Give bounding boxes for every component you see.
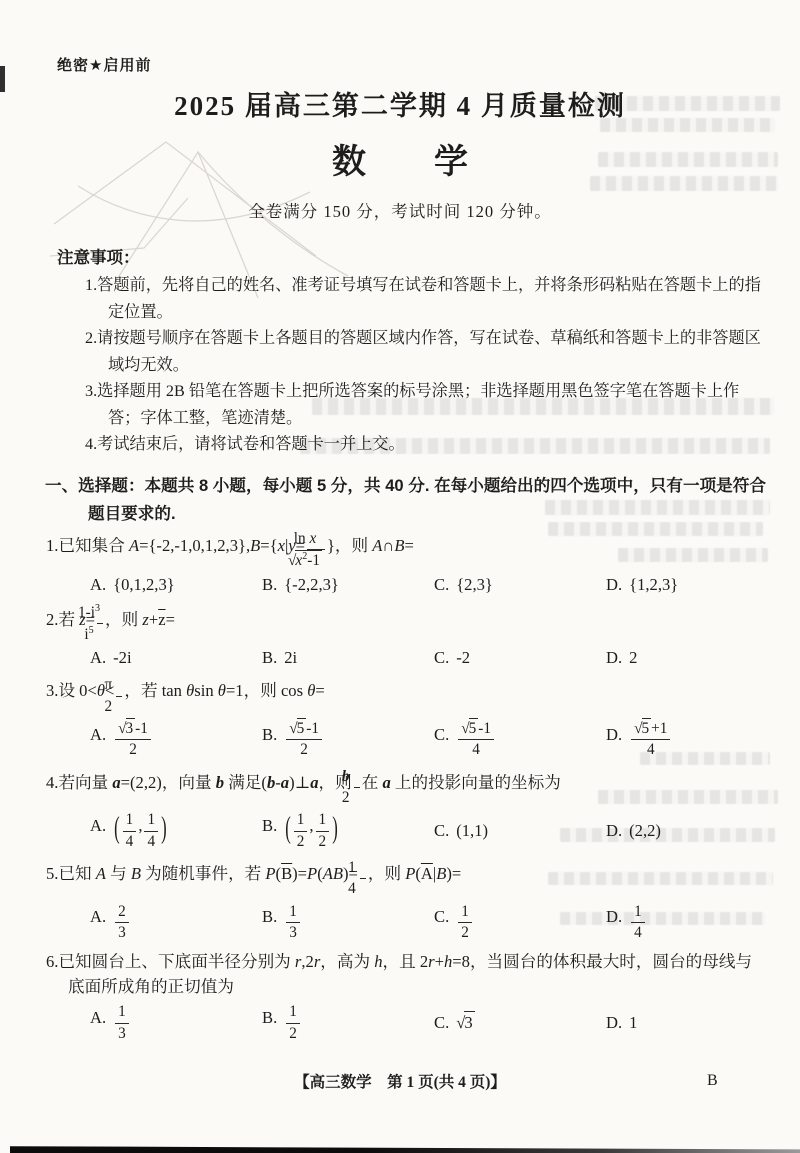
option: A.(14,14): [90, 811, 262, 851]
math-variable: x: [309, 530, 316, 547]
options-row: A.13B.12C.√3D.1: [0, 1003, 800, 1043]
option-label: D.: [606, 575, 622, 594]
math-denominator: 2: [294, 832, 308, 851]
math-text: {0,1,2,3}: [113, 575, 175, 594]
math-variable: B: [394, 536, 404, 555]
math-text: 2: [129, 741, 137, 758]
option-label: B.: [262, 816, 277, 835]
math-denominator: 4: [144, 832, 158, 851]
math-text: ln: [294, 530, 310, 547]
math-text: -1: [306, 720, 319, 737]
option-label: C.: [434, 575, 449, 594]
scan-bottom-edge: [10, 1145, 800, 1153]
radical-sign-icon: √: [461, 720, 468, 737]
math-text: +: [149, 610, 158, 629]
math-text: 1: [289, 1003, 297, 1020]
math-fraction: ln x√x2-1: [307, 530, 325, 571]
math-text: 3: [118, 924, 126, 941]
option-label: C.: [434, 907, 449, 926]
math-text: ,: [309, 816, 313, 835]
math-variable: A: [129, 536, 139, 555]
option: C.-2: [434, 648, 606, 668]
option-label: A.: [90, 725, 106, 744]
math-sqrt: √5: [461, 718, 478, 737]
math-overline: B: [281, 864, 292, 883]
math-denominator: 3: [115, 1024, 129, 1043]
option-label: C.: [434, 1013, 449, 1032]
math-text: ，高为: [320, 952, 374, 971]
math-radicand: 5: [469, 718, 479, 737]
math-vector: a: [310, 773, 318, 792]
math-sqrt: √3: [118, 718, 135, 737]
math-radicand: 3: [126, 718, 136, 737]
math-text: 2: [629, 648, 637, 667]
notice-item: 4.考试结束后，请将试卷和答题卡一并上交。: [85, 431, 769, 458]
math-fraction: 12: [286, 1003, 300, 1043]
math-text: ={: [260, 536, 277, 555]
math-numerator: 1: [360, 859, 366, 879]
question: 5.已知 A 与 B 为随机事件，若 P(B)=P(AB)=14，则 P(A|B…: [0, 859, 800, 942]
math-text: 与: [106, 864, 131, 883]
math-text: -2i: [113, 648, 131, 667]
math-denominator: 2: [354, 788, 360, 807]
math-numerator: π: [116, 676, 122, 696]
option: A.√3-12: [90, 720, 262, 760]
math-text: {2,3}: [456, 575, 493, 594]
notice-item: 1.答题前，先将自己的姓名、准考证号填写在试卷和答题卡上，并将条形码粘贴在答题卡…: [85, 272, 769, 325]
math-numerator: 1: [115, 1003, 129, 1023]
math-text: ,: [138, 816, 142, 835]
math-text: 1: [348, 859, 356, 876]
option: B.13: [262, 903, 434, 943]
option: D.1: [606, 1013, 637, 1033]
math-numerator: √5+1: [631, 720, 670, 740]
math-text: 2: [118, 903, 126, 920]
math-fraction: 12: [458, 903, 472, 943]
math-text: (2,2): [629, 821, 661, 840]
questions-list: 1.已知集合 A={-2,-1,0,1,2,3},B={x|y=ln x√x2-…: [0, 528, 800, 1051]
exam-info: 全卷满分 150 分，考试时间 120 分钟。: [0, 198, 800, 222]
math-paren: ): [332, 810, 338, 847]
math-variable: h: [374, 952, 382, 971]
math-text: 3: [118, 1025, 126, 1042]
options-row: A.√3-12B.√5-12C.√5-14D.√5+14: [0, 720, 800, 760]
math-variable: A: [372, 536, 382, 555]
math-text: ∩: [382, 536, 394, 555]
math-text: 5: [642, 720, 650, 737]
math-fraction: √3-12: [115, 720, 151, 760]
math-denominator: √x2-1: [307, 550, 325, 570]
radical-sign-icon: √: [634, 720, 641, 737]
math-numerator: 1: [286, 1003, 300, 1023]
option-label: B.: [262, 575, 277, 594]
math-text: =: [405, 536, 414, 555]
math-text: 2: [297, 833, 305, 850]
math-text: =: [166, 610, 175, 629]
math-sqrt: √5: [634, 718, 651, 737]
option-label: D.: [606, 907, 622, 926]
math-text: )⊥: [289, 773, 310, 792]
math-fraction: π2: [116, 676, 122, 716]
option: D.√5+14: [606, 720, 672, 760]
exam-page: 绝密★启用前 2025 届高三第二学期 4 月质量检测 数 学 全卷满分 150…: [0, 0, 800, 1153]
option-label: B.: [262, 725, 277, 744]
option-label: A.: [90, 816, 106, 835]
option: C.√3: [434, 1013, 606, 1033]
math-fraction: 23: [115, 903, 129, 943]
option: B.{-2,2,3}: [262, 575, 434, 595]
math-text: 4: [147, 833, 155, 850]
option-label: D.: [606, 1013, 622, 1032]
math-text: =(2,2)，向量: [121, 773, 216, 792]
math-text: -1: [478, 720, 491, 737]
option: A.{0,1,2,3}: [90, 575, 262, 595]
math-text: 上的投影向量的坐标为: [391, 773, 561, 792]
math-numerator: 1-i3: [97, 603, 103, 624]
math-text: =: [315, 681, 324, 700]
math-numerator: √3-1: [115, 720, 151, 740]
math-radicand: 5: [642, 718, 652, 737]
math-fraction: 14: [123, 811, 137, 851]
math-fraction: √5+14: [631, 720, 670, 760]
math-variable: B: [436, 864, 446, 883]
math-vector: b: [216, 773, 224, 792]
option: B.12: [262, 1003, 434, 1043]
math-variable: AB: [323, 864, 343, 883]
question-stem: 3.设 0<θ<π2，若 tan θsin θ=1，则 cos θ=: [0, 676, 800, 716]
math-sqrt: √3: [456, 1011, 474, 1032]
option: A.23: [90, 903, 262, 943]
option-label: B.: [262, 907, 277, 926]
math-text: )=: [292, 864, 307, 883]
math-fraction: b2: [354, 768, 360, 808]
math-text: 1: [297, 811, 305, 828]
math-text: 1: [118, 1003, 126, 1020]
math-text: ，且 2: [383, 952, 429, 971]
math-fraction: 12: [294, 811, 308, 851]
math-radicand: 3: [464, 1011, 474, 1032]
option-label: C.: [434, 725, 449, 744]
math-variable: A: [96, 864, 106, 883]
math-text: }，则: [327, 536, 372, 555]
math-text: 2i: [284, 648, 297, 667]
math-text: ，则: [105, 610, 142, 629]
math-variable: P: [265, 864, 275, 883]
option: D.(2,2): [606, 821, 661, 841]
math-text: 1-i: [78, 604, 95, 621]
corner-mark: B: [707, 1072, 718, 1090]
math-denominator: 4: [631, 923, 645, 942]
option: D.14: [606, 903, 647, 943]
math-variable: P: [405, 864, 415, 883]
option: D.2: [606, 648, 637, 668]
math-text: {1,2,3}: [629, 575, 678, 594]
math-text: π: [105, 676, 113, 693]
math-text: 4: [647, 741, 655, 758]
math-text: 满足(: [224, 773, 267, 792]
math-denominator: 4: [123, 832, 137, 851]
option: B.√5-12: [262, 720, 434, 760]
math-fraction: 13: [115, 1003, 129, 1043]
math-text: 4.若向量: [46, 773, 112, 792]
math-fraction: √5-12: [286, 720, 322, 760]
question-stem: 4.若向量 a=(2,2)，向量 b 满足(b-a)⊥a，则b2在 a 上的投影…: [0, 768, 800, 808]
math-vector: a: [382, 773, 390, 792]
subject-title: 数 学: [0, 134, 800, 183]
math-fraction: 14: [144, 811, 158, 851]
math-radicand: 5: [297, 718, 307, 737]
option: C.√5-14: [434, 720, 606, 760]
math-sqrt: √5: [289, 718, 306, 737]
math-text: ，则: [368, 864, 405, 883]
math-paren: (: [114, 810, 120, 847]
notice-item: 3.选择题用 2B 铅笔在答题卡上把所选答案的标号涂黑；非选择题用黑色签字笔在答…: [85, 378, 769, 431]
option-label: A.: [90, 575, 106, 594]
math-text: -1: [135, 720, 148, 737]
option: B.(12,12): [262, 811, 434, 851]
math-text: +: [435, 952, 444, 971]
math-text: 2.若: [46, 610, 79, 629]
math-text: ={-2,-1,0,1,2,3},: [139, 536, 250, 555]
option-label: D.: [606, 725, 622, 744]
math-text: +1: [651, 720, 667, 737]
math-denominator: 4: [631, 740, 670, 759]
math-numerator: ln x: [307, 530, 325, 550]
math-text: 3: [289, 924, 297, 941]
options-row: A.{0,1,2,3}B.{-2,2,3}C.{2,3}D.{1,2,3}: [0, 575, 800, 595]
math-fraction: 12: [316, 811, 330, 851]
math-variable: B: [250, 536, 260, 555]
math-text: -2: [456, 648, 470, 667]
question: 4.若向量 a=(2,2)，向量 b 满足(b-a)⊥a，则b2在 a 上的投影…: [0, 768, 800, 851]
math-overline: z: [158, 610, 165, 629]
math-text: 为随机事件，若: [141, 864, 265, 883]
math-text: 1: [147, 811, 155, 828]
math-denominator: 2: [316, 832, 330, 851]
math-numerator: √5-1: [458, 720, 494, 740]
option: A.13: [90, 1003, 262, 1043]
math-paren: ): [161, 810, 167, 847]
math-numerator: 1: [286, 903, 300, 923]
math-denominator: 4: [360, 879, 366, 898]
option-label: B.: [262, 648, 277, 667]
math-text: (1,1): [456, 821, 488, 840]
math-denominator: 2: [286, 740, 322, 759]
math-vector: b: [267, 773, 275, 792]
math-numerator: √5-1: [286, 720, 322, 740]
math-text: 4: [472, 741, 480, 758]
options-row: A.(14,14)B.(12,12)C.(1,1)D.(2,2): [0, 811, 800, 851]
question-stem: 6.已知圆台上、下底面半径分别为 r,2r，高为 h，且 2r+h=8，当圆台的…: [0, 950, 800, 999]
option-label: A.: [90, 1008, 106, 1027]
option: D.{1,2,3}: [606, 575, 678, 595]
math-numerator: 1: [316, 811, 330, 831]
math-denominator: 2: [458, 923, 472, 942]
math-sqrt: √x2-1: [288, 550, 322, 569]
math-superscript: 5: [89, 625, 94, 636]
notice-item: 2.请按题号顺序在答题卡上各题目的答题区域内作答，写在试卷、草稿纸和答题卡上的非…: [85, 325, 769, 378]
question: 3.设 0<θ<π2，若 tan θsin θ=1，则 cos θ=A.√3-1…: [0, 676, 800, 759]
option-label: A.: [90, 648, 106, 667]
option: A.-2i: [90, 648, 262, 668]
math-text: -1: [307, 552, 320, 569]
math-numerator: 1: [123, 811, 137, 831]
options-row: A.-2iB.2iC.-2D.2: [0, 648, 800, 668]
math-text: sin: [194, 681, 218, 700]
option-label: B.: [262, 1008, 277, 1027]
math-text: 5.已知: [46, 864, 96, 883]
math-text: 3: [126, 720, 134, 737]
math-numerator: b: [354, 768, 360, 788]
math-text: 2: [289, 1025, 297, 1042]
section-heading: 一、选择题：本题共 8 小题，每小题 5 分，共 40 分. 在每小题给出的四个…: [45, 472, 767, 528]
math-text: 1: [319, 811, 327, 828]
notice-list: 1.答题前，先将自己的姓名、准考证号填写在试卷和答题卡上，并将条形码粘贴在答题卡…: [85, 272, 769, 458]
options-row: A.23B.13C.12D.14: [0, 903, 800, 943]
math-text: )=: [446, 864, 461, 883]
math-denominator: 2: [116, 697, 122, 716]
math-text: 5: [297, 720, 305, 737]
option-label: D.: [606, 821, 622, 840]
math-numerator: 1: [294, 811, 308, 831]
math-vector: a: [112, 773, 120, 792]
math-text: 4: [348, 880, 356, 897]
radical-sign-icon: √: [289, 720, 296, 737]
math-fraction: √5-14: [458, 720, 494, 760]
option-label: C.: [434, 648, 449, 667]
question-stem: 2.若 z=1-i3i5，则 z+z=: [0, 603, 800, 645]
math-paren: (: [285, 810, 291, 847]
option-label: C.: [434, 821, 449, 840]
math-text: 1.已知集合: [46, 536, 129, 555]
math-numerator: 2: [115, 903, 129, 923]
math-radicand: x2-1: [295, 550, 322, 569]
math-text: 1: [461, 903, 469, 920]
math-text: 1: [629, 1013, 637, 1032]
math-text: 3.设 0<: [46, 681, 97, 700]
math-text: ，若 tan: [124, 681, 186, 700]
math-text: 5: [469, 720, 477, 737]
math-denominator: 2: [286, 1024, 300, 1043]
math-vector: b: [342, 768, 350, 785]
math-denominator: 4: [458, 740, 494, 759]
math-text: 1: [634, 903, 642, 920]
security-label: 绝密★启用前: [57, 54, 151, 75]
math-fraction: 14: [360, 859, 366, 899]
math-variable: x: [278, 536, 285, 555]
exam-title: 2025 届高三第二学期 4 月质量检测: [0, 84, 800, 123]
math-numerator: 1: [144, 811, 158, 831]
math-text: 2: [300, 741, 308, 758]
math-numerator: 1: [631, 903, 645, 923]
page-footer: 【高三数学 第 1 页(共 4 页)】: [0, 1070, 800, 1092]
math-text: 2: [342, 789, 350, 806]
math-superscript: 3: [95, 603, 100, 614]
math-text: 在: [362, 773, 383, 792]
math-vector: a: [281, 773, 289, 792]
notice-heading: 注意事项：: [57, 244, 140, 268]
question-stem: 1.已知集合 A={-2,-1,0,1,2,3},B={x|y=ln x√x2-…: [0, 530, 800, 571]
math-text: 6.已知圆台上、下底面半径分别为: [46, 952, 295, 971]
math-text: 2: [105, 698, 113, 715]
option-label: D.: [606, 648, 622, 667]
math-denominator: 3: [286, 923, 300, 942]
question: 1.已知集合 A={-2,-1,0,1,2,3},B={x|y=ln x√x2-…: [0, 530, 800, 595]
math-text: {-2,2,3}: [284, 575, 339, 594]
option-label: A.: [90, 907, 106, 926]
math-denominator: i5: [97, 624, 103, 644]
math-variable: B: [131, 864, 141, 883]
math-text: =1，则 cos: [226, 681, 307, 700]
math-denominator: 2: [115, 740, 151, 759]
option: C.12: [434, 903, 606, 943]
question: 2.若 z=1-i3i5，则 z+z=A.-2iB.2iC.-2D.2: [0, 603, 800, 669]
math-text: 4: [634, 924, 642, 941]
math-variable: P: [307, 864, 317, 883]
math-text: 2: [461, 924, 469, 941]
math-text: 1: [289, 903, 297, 920]
math-text: ,2: [301, 952, 313, 971]
math-variable: θ: [218, 681, 226, 700]
option: C.{2,3}: [434, 575, 606, 595]
math-text: 2: [319, 833, 327, 850]
option: B.2i: [262, 648, 434, 668]
math-fraction: 14: [631, 903, 645, 943]
radical-sign-icon: √: [118, 720, 125, 737]
math-text: 1: [126, 811, 134, 828]
math-overline: A: [421, 864, 433, 883]
math-text: 4: [126, 833, 134, 850]
option: C.(1,1): [434, 821, 606, 841]
math-text: 3: [464, 1013, 472, 1032]
math-fraction: 1-i3i5: [97, 603, 103, 645]
math-numerator: 1: [458, 903, 472, 923]
question: 6.已知圆台上、下底面半径分别为 r,2r，高为 h，且 2r+h=8，当圆台的…: [0, 950, 800, 1043]
math-fraction: 13: [286, 903, 300, 943]
question-stem: 5.已知 A 与 B 为随机事件，若 P(B)=P(AB)=14，则 P(A|B…: [0, 859, 800, 899]
math-denominator: 3: [115, 923, 129, 942]
